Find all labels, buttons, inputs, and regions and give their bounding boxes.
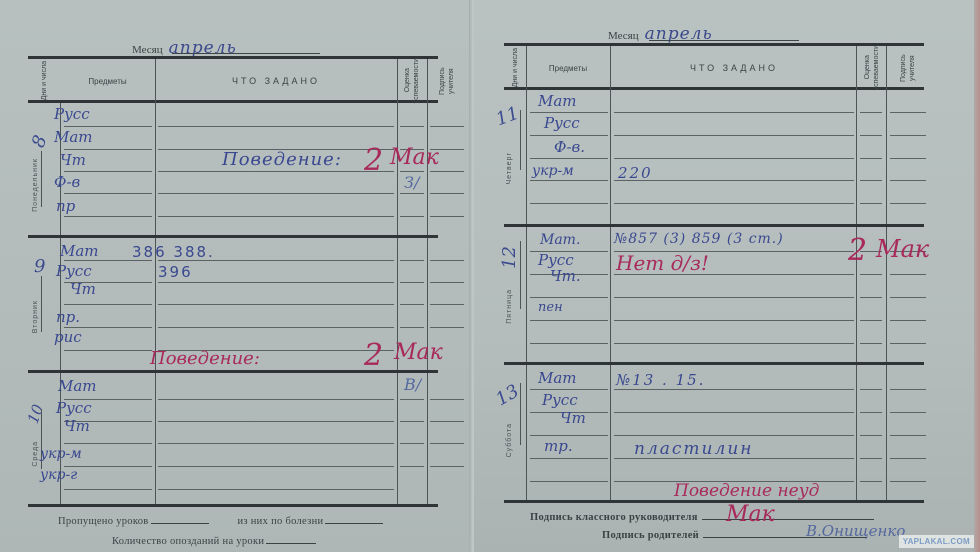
header-subjects: Предметы [526,46,610,90]
subject-entry: Мат [60,244,99,259]
month-underline [172,53,320,54]
day-number: 8 [28,133,52,151]
subject-entry: Чт [70,282,96,297]
subject-entry: Русс [54,107,90,122]
day-number: 10 [24,402,47,426]
header-subjects: Предметы [60,59,155,103]
subject-entry: Мат [58,379,97,394]
subject-entry: Мат [538,371,577,386]
watermark: YAPLAKAL.COM [899,535,974,548]
day-name: Понедельник [32,158,39,212]
day-name: Среда [32,441,39,467]
day-block-thursday: Четверг 11 [504,90,924,227]
missing-homework-note: Нет д/з! [616,251,709,275]
left-schedule-table: Дни и числа Предметы ЧТО ЗАДАНО Оценка у… [28,56,438,507]
homework-entry: 220 [618,164,653,182]
table-header: Дни и числа Предметы ЧТО ЗАДАНО Оценка у… [28,59,438,103]
homework-entry: 396 [158,263,193,281]
teacher-signature: Мак [390,145,439,170]
behavior-note: Поведение: [222,149,342,170]
teacher-signature: Мак [394,340,443,365]
teacher-signature: Мак [876,235,929,263]
day-number: 11 [493,103,522,131]
subject-entry: пен [538,301,563,314]
subject-entry: пр [56,199,75,214]
subject-entry: пр. [56,310,80,325]
subject-entry: Русс [544,116,580,131]
header-grade: Оценка успеваемости [397,59,427,103]
subject-entry: укр-г [40,468,77,482]
header-homework: ЧТО ЗАДАНО [155,59,397,103]
day-name: Четверг [506,152,513,185]
right-page: Месяцапрель Дни и числа Предметы ЧТО ЗАД… [474,0,980,552]
header-days: Дни и числа [504,46,526,90]
subject-entry: Русс [56,264,92,279]
month-row-right: Месяцапрель [608,24,713,44]
subject-entry: Мат. [540,233,580,247]
day-block-tuesday: Вторник 9 Мат [28,238,438,373]
left-page: Месяцапрель Дни и числа Предметы ЧТО ЗАД… [0,0,472,552]
subject-entry: Русс [56,401,92,416]
subject-entry: укр-м [40,447,82,461]
day-name: Вторник [32,300,39,333]
subject-entry: Русс [542,393,578,408]
homework-entry: 386 388. [132,243,215,261]
subject-entry: Русс [538,253,574,268]
diary-spread: Месяцапрель Дни и числа Предметы ЧТО ЗАД… [0,0,980,552]
subject-entry: Чт [560,411,586,426]
right-schedule-table: Дни и числа Предметы ЧТО ЗАДАНО Оценка у… [504,43,924,503]
subject-entry: Чт. [550,269,581,284]
class-teacher-signature-value: Мак [726,502,775,527]
day-number: 9 [34,256,45,277]
month-label: Месяц [132,44,163,56]
header-days: Дни и числа [28,59,60,103]
homework-entry: №857 (3) 859 (3 ст.) [614,231,784,247]
parent-initials: З/ [404,173,419,192]
day-number: 13 [492,381,522,411]
subject-entry: тр. [544,439,573,454]
footer-missed-lessons: Пропущено уроков из них по болезни [58,516,383,527]
header-homework: ЧТО ЗАДАНО [610,46,858,90]
month-row-left: Месяцапрель [132,38,237,58]
grade-mark: 2 [364,143,383,178]
day-block-monday: Понедельник 8 [28,103,438,238]
subject-entry: укр-м [532,164,574,178]
parent-initials: В/ [404,375,421,394]
grade-mark: 2 [848,233,867,268]
header-signature: Подпись учителя [888,46,928,90]
subject-entry: рис [54,330,82,345]
header-grade: Оценка успеваемости [856,46,888,90]
month-underline [649,40,799,41]
month-value: апрель [169,38,237,58]
behavior-note: Поведение неуд [674,481,819,501]
homework-entry: №13 . 15. [616,371,705,389]
subject-entry: Ф-в. [554,140,585,155]
day-number: 12 [499,246,520,269]
behavior-note: Поведение: [150,348,260,369]
day-block-friday: Пятница 12 [504,227,924,365]
table-header: Дни и числа Предметы ЧТО ЗАДАНО Оценка у… [504,46,924,90]
subject-entry: Мат [54,130,93,145]
homework-entry: пластилин [634,439,753,459]
grade-mark: 2 [364,338,383,373]
subject-entry: Ф-в [54,175,80,190]
month-value: апрель [645,24,713,44]
day-block-saturday: Суббота 13 [504,365,924,503]
subject-entry: Мат [538,94,577,109]
subject-entry: Чт [64,419,90,434]
subject-entry: Чт [60,153,86,168]
day-block-wednesday: В/ Среда 10 [28,373,438,507]
header-signature: Подпись учителя [427,59,467,103]
page-edge [974,0,980,552]
month-label: Месяц [608,30,639,42]
day-name: Суббота [506,423,513,457]
day-name: Пятница [506,289,513,324]
footer-late-count: Количество опозданий на уроки [112,536,316,547]
parents-signature-value: В.Онищенко [806,522,905,540]
